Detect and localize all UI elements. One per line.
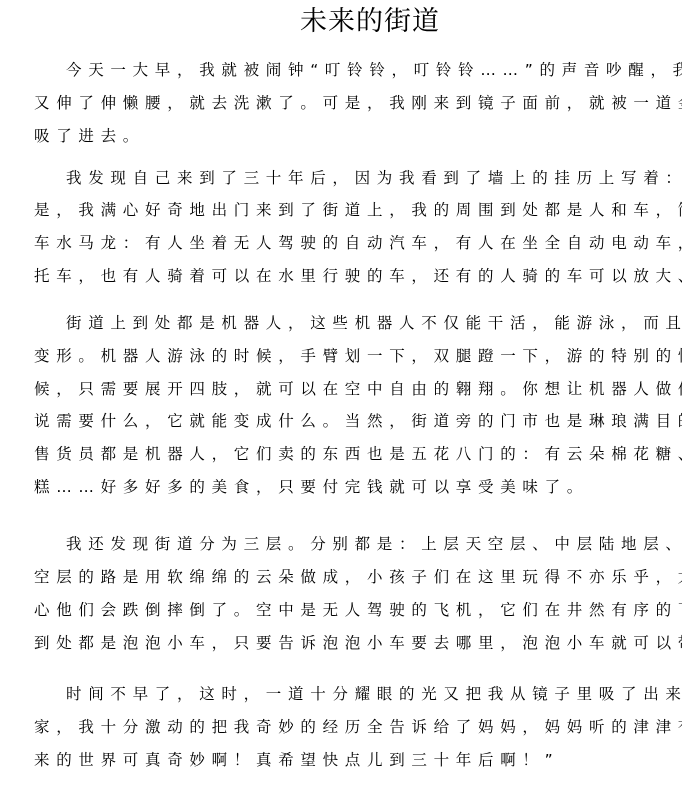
- text-line: 吸了进去。: [34, 126, 145, 146]
- text-line: 又伸了伸懒腰，就去洗漱了。可是，我刚来到镜子面前，就被一道金光闪闪的光把我: [34, 93, 682, 113]
- text-line: 心他们会跌倒摔倒了。空中是无人驾驶的飞机，它们在井然有序的飞行着。海洋层里: [34, 600, 682, 620]
- document-title: 未来的街道: [300, 4, 460, 40]
- text-line: 是，我满心好奇地出门来到了街道上，我的周围到处都是人和车，简直是人山人海，: [34, 200, 682, 220]
- text-line: 糕……好多好多的美食，只要付完钱就可以享受美味了。: [34, 477, 589, 497]
- text-line: 托车，也有人骑着可以在水里行驶的车，还有的人骑的车可以放大、缩小......: [34, 266, 682, 286]
- text-line: 我还发现街道分为三层。分别都是：上层天空层、中层陆地层、下层海洋层。天: [66, 534, 682, 554]
- text-line: 变形。机器人游泳的时候，手臂划一下，双腿蹬一下，游的特别的快；它们飞行的时: [34, 346, 682, 366]
- text-line: 空层的路是用软绵绵的云朵做成，小孩子们在这里玩得不亦乐乎，大人们再也不用担: [34, 567, 682, 587]
- text-line: 到处都是泡泡小车，只要告诉泡泡小车要去哪里，泡泡小车就可以带你去哪里。: [34, 633, 682, 653]
- text-line: 来的世界可真奇妙啊！真希望快点儿到三十年后啊！”: [34, 750, 559, 770]
- text-line: 说需要什么，它就能变成什么。当然，街道旁的门市也是琳琅满目的，这些商店里的: [34, 411, 682, 431]
- text-line: 时间不早了，这时，一道十分耀眼的光又把我从镜子里吸了出来，我回到了我的: [66, 684, 682, 704]
- text-line: 街道上到处都是机器人，这些机器人不仅能干活，能游泳，而且可以飞行，可以: [66, 313, 682, 333]
- text-line: 我发现自己来到了三十年后，因为我看到了墙上的挂历上写着：二零五一年！于: [66, 168, 682, 188]
- text-line: 今天一大早，我就被闹钟“叮铃铃，叮铃铃……”的声音吵醒，我睁开了眼睛，: [66, 60, 682, 80]
- text-line: 售货员都是机器人，它们卖的东西也是五花八门的：有云朵棉花糖、火淇淋、海水蛋: [34, 444, 682, 464]
- text-line: 家，我十分激动的把我奇妙的经历全告诉给了妈妈，妈妈听的津津有味。我心想：“未: [34, 717, 682, 737]
- text-line: 候，只需要展开四肢，就可以在空中自由的翱翔。你想让机器人做什么，只要你对她: [34, 379, 682, 399]
- text-line: 车水马龙：有人坐着无人驾驶的自动汽车，有人在坐全自动电动车，有人骑着天空摩: [34, 233, 682, 253]
